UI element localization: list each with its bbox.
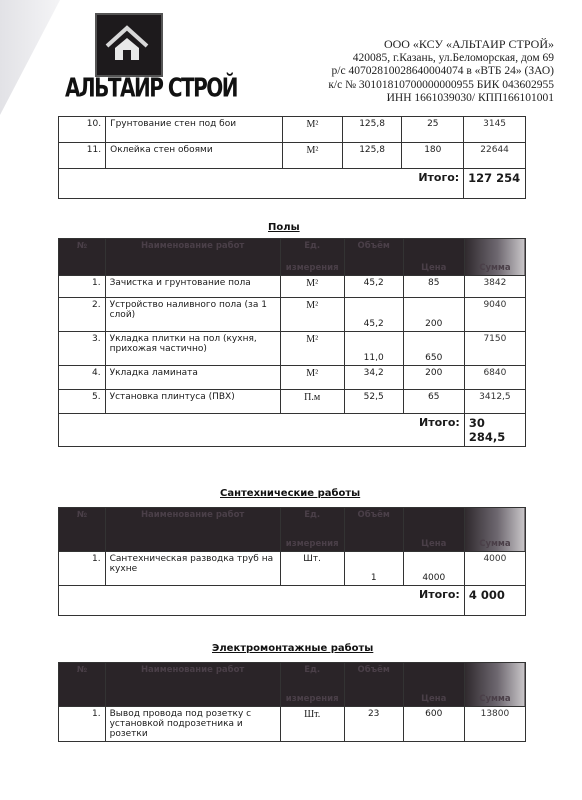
table-row: 1. Сантехническая разводка труб на кухне… <box>59 552 526 586</box>
plumbing-total: 4 000 <box>464 586 525 616</box>
table-row: 11. Оклейка стен обоями М² 125,8 180 226… <box>59 143 526 169</box>
section-title-plumbing: Сантехнические работы <box>220 488 360 499</box>
company-name: ООО «КСУ «АЛЬТАИР СТРОЙ» <box>328 38 554 52</box>
logo-text: АЛЬТАИР СТРОЙ <box>65 72 237 103</box>
floors-total: 30 284,5 <box>464 414 525 447</box>
table-row: 1. Вывод провода под розетку с установко… <box>59 707 526 742</box>
section-title-electrical: Электромонтажные работы <box>212 643 373 654</box>
table-row: 5. Установка плинтуса (ПВХ) П.м 52,5 65 … <box>59 390 526 414</box>
plumbing-table: № Наименование работ Ед.измерения Объём … <box>58 507 526 616</box>
electrical-table: № Наименование работ Ед.измерения Объём … <box>58 662 526 742</box>
floors-table: № Наименование работ Ед.измерения Объём … <box>58 238 526 447</box>
house-icon <box>103 22 151 64</box>
total-row: Итого: 4 000 <box>59 586 526 616</box>
total-row: Итого: 30 284,5 <box>59 414 526 447</box>
scan-corner-shadow <box>0 0 60 115</box>
table-row: 3. Укладка плитки на пол (кухня, прихожа… <box>59 332 526 366</box>
company-logo: АЛЬТАИР СТРОЙ <box>65 10 205 100</box>
table-header: № Наименование работ Ед.измерения Объём … <box>59 239 526 276</box>
corr-account: к/с № 30101810700000000955 БИК 043602955 <box>328 79 554 93</box>
company-requisites: ООО «КСУ «АЛЬТАИР СТРОЙ» 420085, г.Казан… <box>328 38 554 106</box>
walls-table: 10. Грунтование стен под бои М² 125,8 25… <box>58 116 526 199</box>
table-row: 10. Грунтование стен под бои М² 125,8 25… <box>59 117 526 143</box>
section-title-floors: Полы <box>268 222 300 233</box>
table-row: 4. Укладка ламината М² 34,2 200 6840 <box>59 366 526 390</box>
inn-kpp: ИНН 1661039030/ КПП166101001 <box>328 92 554 106</box>
table-row: 1. Зачистка и грунтование пола М² 45,2 8… <box>59 276 526 298</box>
table-row: 2. Устройство наливного пола (за 1 слой)… <box>59 298 526 332</box>
table-header: № Наименование работ Ед.измерения Объём … <box>59 663 526 707</box>
walls-total: 127 254 <box>464 169 526 199</box>
bank-account: р/с 40702810028640004074 в «ВТБ 24» (ЗАО… <box>328 65 554 79</box>
total-row: Итого: 127 254 <box>59 169 526 199</box>
company-address: 420085, г.Казань, ул.Беломорская, дом 69 <box>328 52 554 66</box>
table-header: № Наименование работ Ед.измерения Объём … <box>59 508 526 552</box>
